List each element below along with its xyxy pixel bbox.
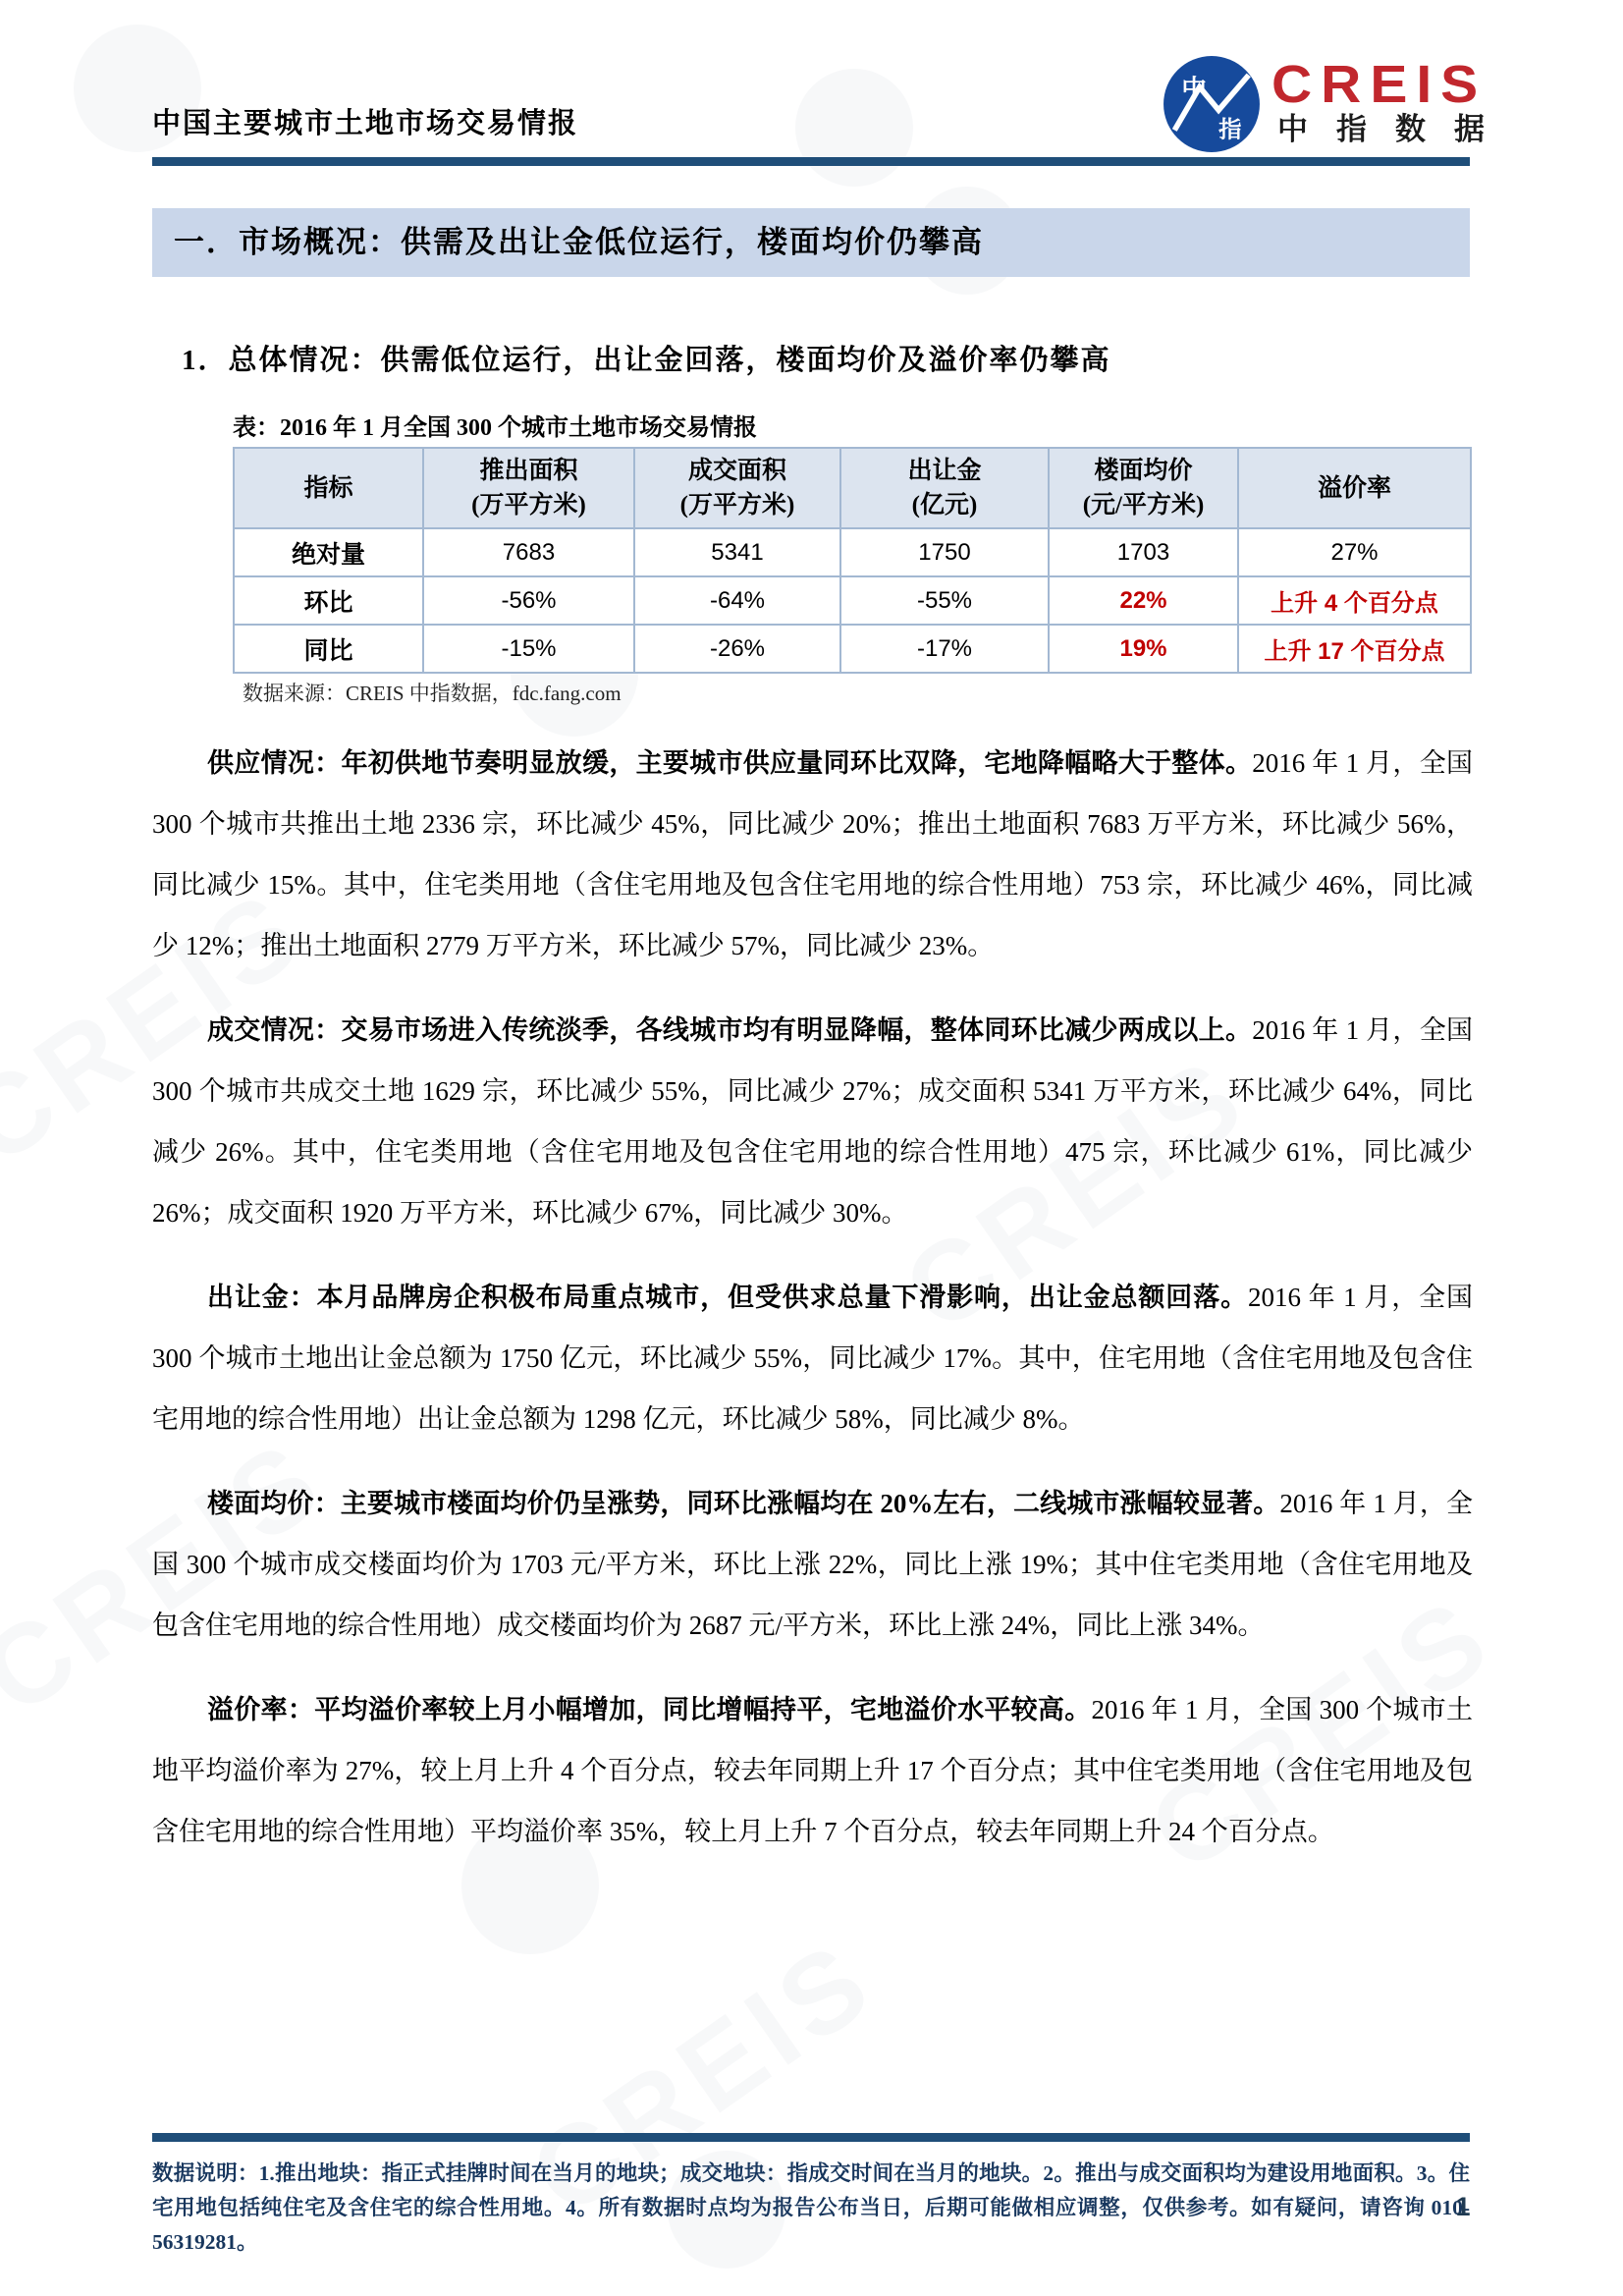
paragraph-lead: 出让金：本月品牌房企积极布局重点城市，但受供求总量下滑影响，出让金总额回落。 [207,1283,1248,1312]
logo-cn-wordmark: 中指数据 [1277,110,1513,149]
logo-circle-char-top: 中 [1181,76,1207,103]
table-cell: -15% [423,625,634,673]
page-number: 1 [1443,2192,1483,2222]
table-row: 同比 -15% -26% -17% 19% 上升 17 个百分点 [234,625,1471,673]
table-row-label: 环比 [234,576,423,625]
report-body: 供应情况：年初供地节奏明显放缓，主要城市供应量同环比双降，宅地降幅略大于整体。2… [152,733,1473,1886]
watermark-circle [795,69,913,187]
table-cell: 1750 [840,528,1049,576]
table-header-cell: 指标 [234,448,423,528]
logo-creis-wordmark: CREIS [1271,60,1513,108]
table-header-cell: 楼面均价(元/平方米) [1049,448,1238,528]
table-cell: 7683 [423,528,634,576]
creis-logo: 中 指 CREIS 中指数据 [1162,54,1513,154]
report-page: CREIS CREIS CREIS CREIS CREIS 中国主要城市土地市场… [0,0,1623,2296]
logo-text-block: CREIS 中指数据 [1271,59,1513,149]
section-banner: 一．市场概况：供需及出让金低位运行，楼面均价仍攀高 [152,208,1470,277]
document-title: 中国主要城市土地市场交易情报 [152,101,578,141]
market-data-table: 指标 推出面积(万平方米) 成交面积(万平方米) 出让金(亿元) 楼面均价(元/… [233,447,1472,674]
table-cell: 5341 [634,528,840,576]
table-header-cell: 溢价率 [1238,448,1471,528]
table-cell-highlight: 上升 17 个百分点 [1238,625,1471,673]
footer-note: 数据说明：1.推出地块：指正式挂牌时间在当月的地块；成交地块：指成交时间在当月的… [152,2157,1470,2260]
paragraph-lead: 供应情况：年初供地节奏明显放缓，主要城市供应量同环比双降，宅地降幅略大于整体。 [207,748,1252,778]
paragraph-lead: 楼面均价：主要城市楼面均价仍呈涨势，同环比涨幅均在 20%左右，二线城市涨幅较显… [207,1489,1279,1518]
paragraph-text: 2016 年 1 月，全国 300 个城市共成交土地 1629 宗，环比减少 5… [152,1015,1473,1228]
paragraph-land-revenue: 出让金：本月品牌房企积极布局重点城市，但受供求总量下滑影响，出让金总额回落。20… [152,1267,1473,1449]
table-header-cell: 成交面积(万平方米) [634,448,840,528]
header-divider [152,157,1470,166]
data-source-note: 数据来源：CREIS 中指数据，fdc.fang.com [243,678,622,707]
table-cell: 27% [1238,528,1471,576]
footer-divider [152,2133,1470,2142]
table-row: 环比 -56% -64% -55% 22% 上升 4 个百分点 [234,576,1471,625]
paragraph-supply: 供应情况：年初供地节奏明显放缓，主要城市供应量同环比双降，宅地降幅略大于整体。2… [152,733,1473,976]
table-caption: 表：2016 年 1 月全国 300 个城市土地市场交易情报 [233,408,757,442]
paragraph-text: 2016 年 1 月，全国 300 个城市共推出土地 2336 宗，环比减少 4… [152,748,1473,960]
table-cell: 1703 [1049,528,1238,576]
paragraph-transactions: 成交情况：交易市场进入传统淡季，各线城市均有明显降幅，整体同环比减少两成以上。2… [152,1000,1473,1243]
logo-circle-char-bottom: 指 [1218,117,1241,142]
table-header-row: 指标 推出面积(万平方米) 成交面积(万平方米) 出让金(亿元) 楼面均价(元/… [234,448,1471,528]
table-header-cell: 推出面积(万平方米) [423,448,634,528]
table-cell: -56% [423,576,634,625]
table-cell-highlight: 19% [1049,625,1238,673]
table-cell: -55% [840,576,1049,625]
table-cell: -64% [634,576,840,625]
table-header-cell: 出让金(亿元) [840,448,1049,528]
creis-logo-icon: 中 指 [1162,54,1262,154]
table-cell-highlight: 上升 4 个百分点 [1238,576,1471,625]
table-row: 绝对量 7683 5341 1750 1703 27% [234,528,1471,576]
paragraph-lead: 成交情况：交易市场进入传统淡季，各线城市均有明显降幅，整体同环比减少两成以上。 [207,1015,1252,1045]
paragraph-premium-rate: 溢价率：平均溢价率较上月小幅增加，同比增幅持平，宅地溢价水平较高。2016 年 … [152,1679,1473,1862]
paragraph-lead: 溢价率：平均溢价率较上月小幅增加，同比增幅持平，宅地溢价水平较高。 [207,1695,1092,1724]
table-row-label: 绝对量 [234,528,423,576]
table-cell-highlight: 22% [1049,576,1238,625]
table-cell: -26% [634,625,840,673]
table-row-label: 同比 [234,625,423,673]
paragraph-floor-price: 楼面均价：主要城市楼面均价仍呈涨势，同环比涨幅均在 20%左右，二线城市涨幅较显… [152,1473,1473,1656]
table-cell: -17% [840,625,1049,673]
subsection-title: 1．总体情况：供需低位运行，出让金回落，楼面均价及溢价率仍攀高 [182,338,1111,378]
